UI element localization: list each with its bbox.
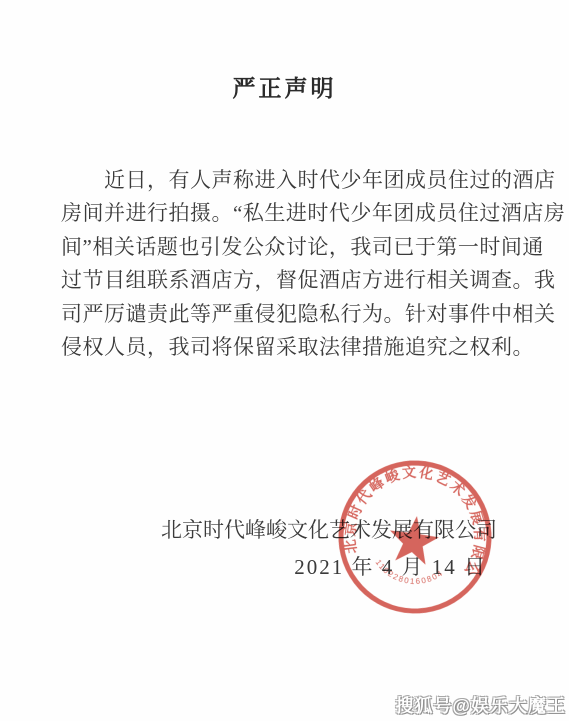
statement-document-page: 严正声明 近日，有人声称进入时代少年团成员住过的酒店 房间并进行拍摄。“私生进时…: [0, 0, 569, 721]
document-title: 严正声明: [0, 70, 569, 103]
seal-serial-number: 1102280160804: [371, 557, 446, 590]
body-line: 司严厉谴责此等严重侵犯隐私行为。针对事件中相关: [61, 298, 515, 331]
company-seal-stamp: 北京时代峰峻文化艺术发展有限公司 1102280160804: [319, 441, 511, 633]
sohu-watermark: 搜狐号@娱乐大魔王: [395, 692, 566, 718]
star-icon: [386, 513, 441, 566]
body-line: 过节目组联系酒店方，督促酒店方进行相关调查。我: [61, 264, 515, 297]
body-line: 间”相关话题也引发公众讨论，我司已于第一时间通: [61, 231, 515, 264]
body-line: 侵权人员，我司将保留采取法律措施追究之权利。: [61, 331, 515, 364]
body-line: 房间并进行拍摄。“私生进时代少年团成员住过酒店房: [61, 197, 515, 230]
statement-body: 近日，有人声称进入时代少年团成员住过的酒店 房间并进行拍摄。“私生进时代少年团成…: [61, 164, 515, 364]
body-line: 近日，有人声称进入时代少年团成员住过的酒店: [61, 164, 515, 197]
